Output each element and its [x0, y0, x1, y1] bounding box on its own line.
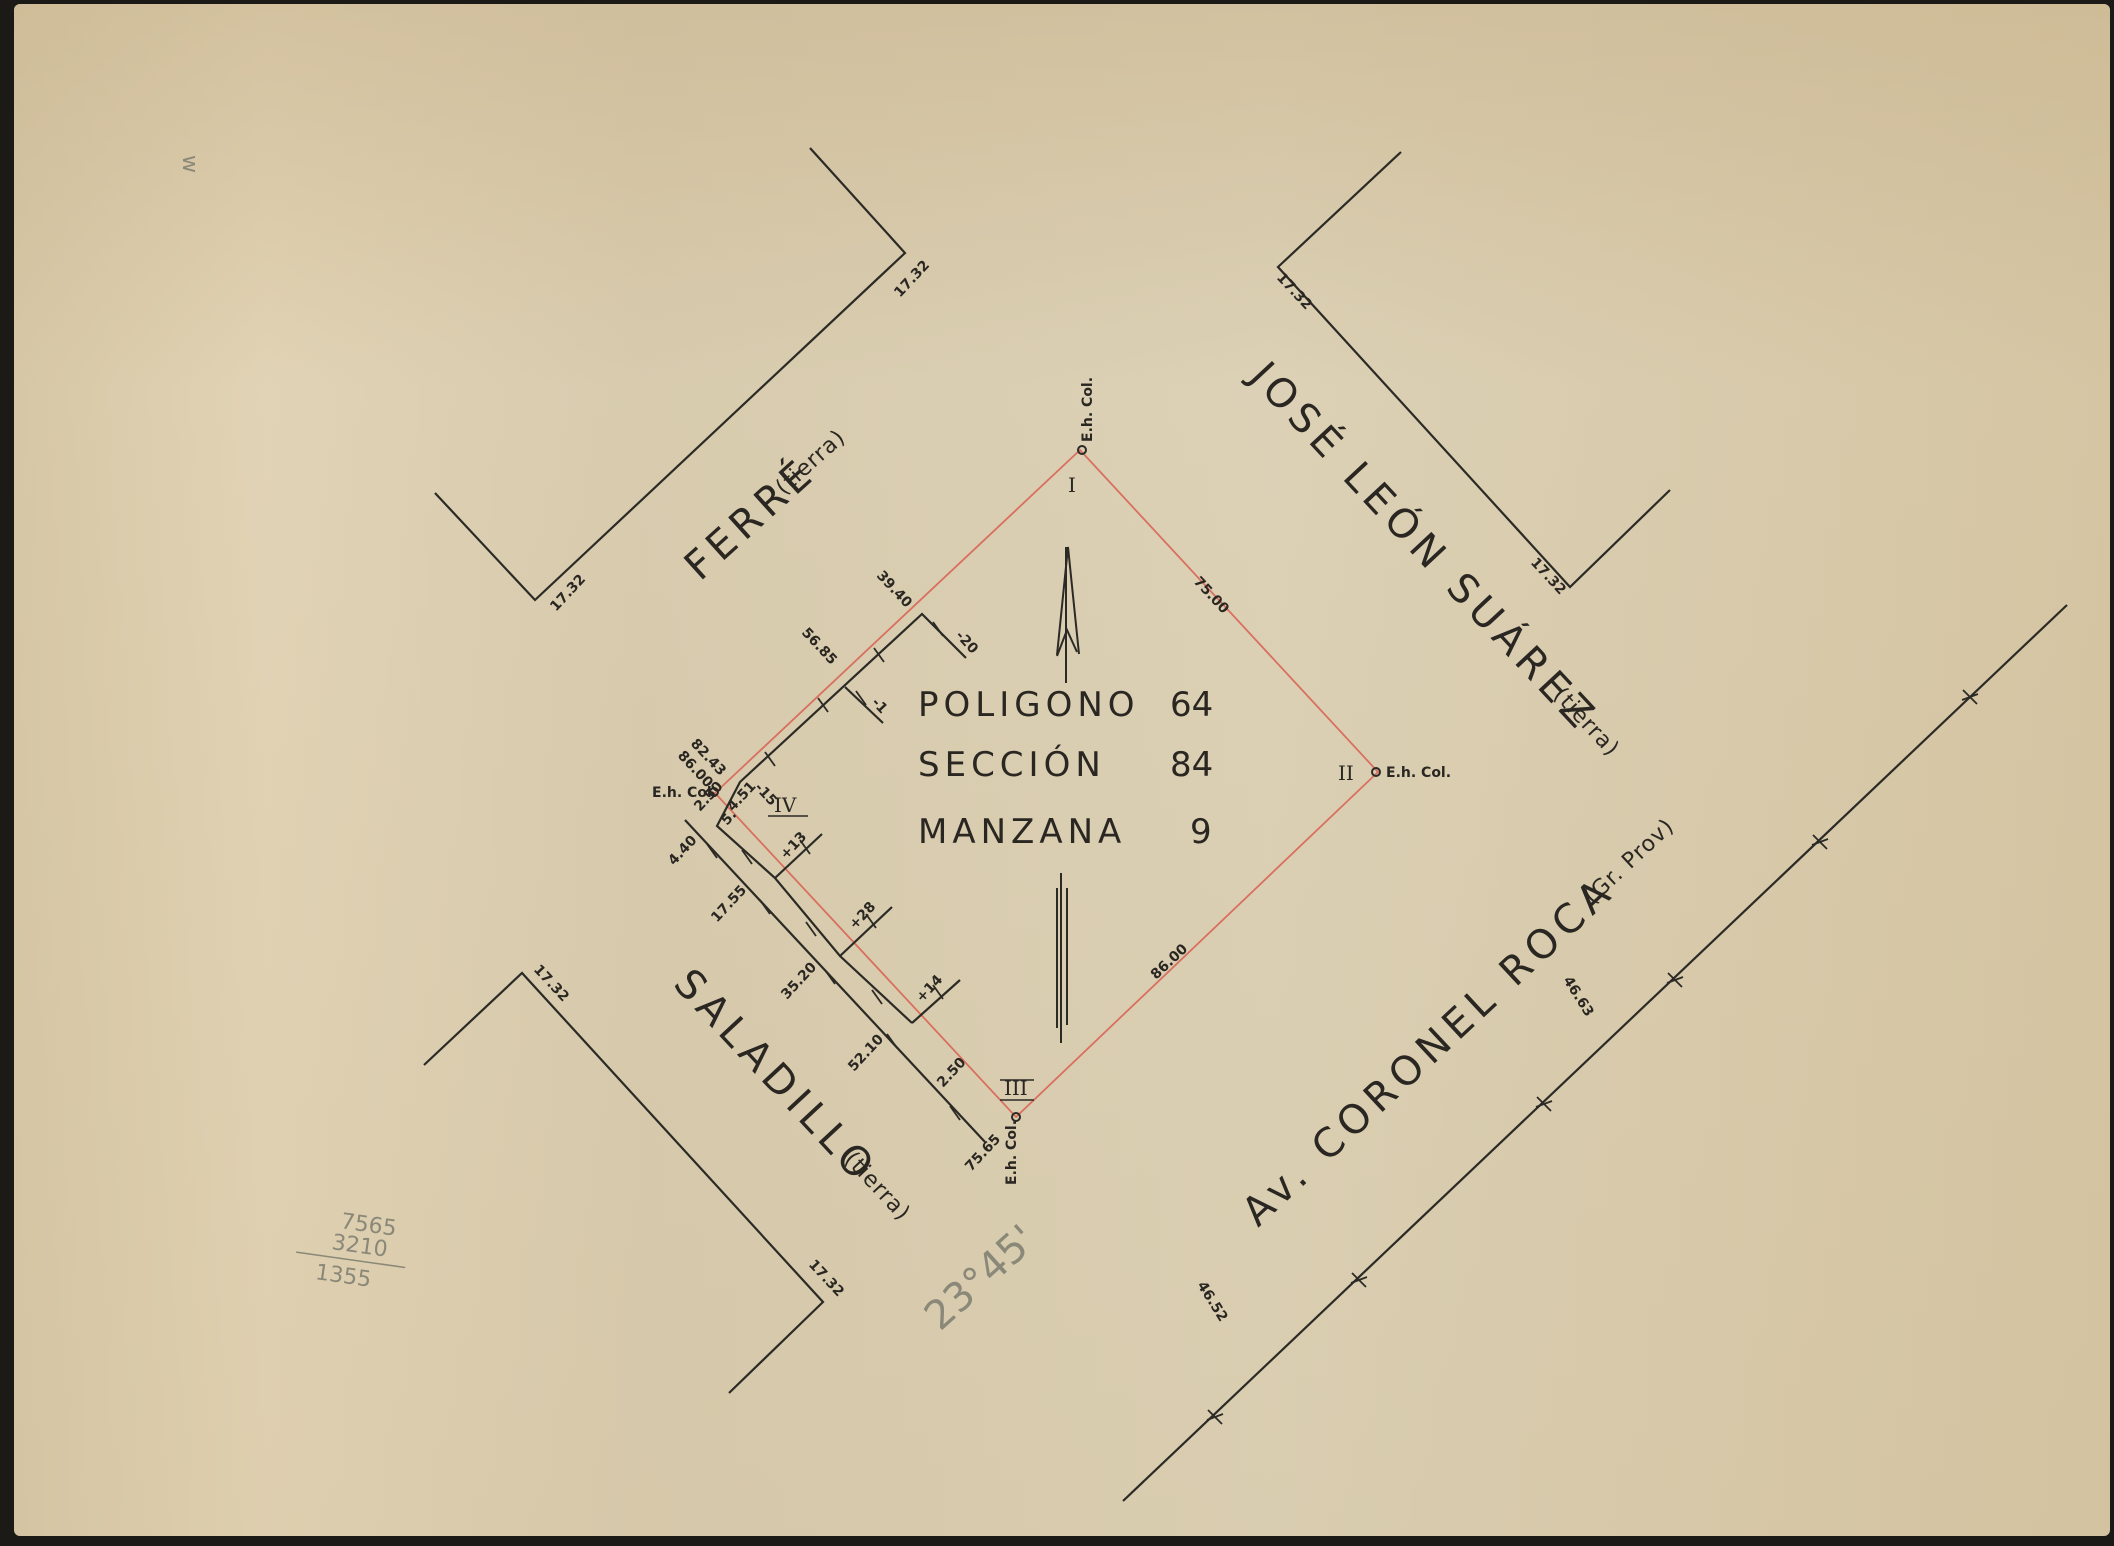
title-poligono-label: POLIGONO [918, 685, 1140, 725]
title-manzana-value: 9 [1190, 812, 1212, 852]
vertex-i-label: E.h. Col. [1080, 377, 1096, 442]
pencil-corner-mark: w [177, 155, 202, 173]
vertex-iii-label: E.h. Col. [1004, 1120, 1020, 1185]
title-seccion-label: SECCIÓN [918, 744, 1106, 785]
vertex-ii-label: E.h. Col. [1386, 765, 1451, 781]
vertex-i-roman: I [1068, 473, 1076, 497]
vertex-ii-roman: II [1338, 761, 1354, 785]
title-poligono-value: 64 [1170, 685, 1213, 725]
title-manzana-label: MANZANA [918, 812, 1126, 852]
title-seccion-value: 84 [1170, 745, 1213, 785]
survey-plan-sheet: w [0, 0, 2114, 1546]
